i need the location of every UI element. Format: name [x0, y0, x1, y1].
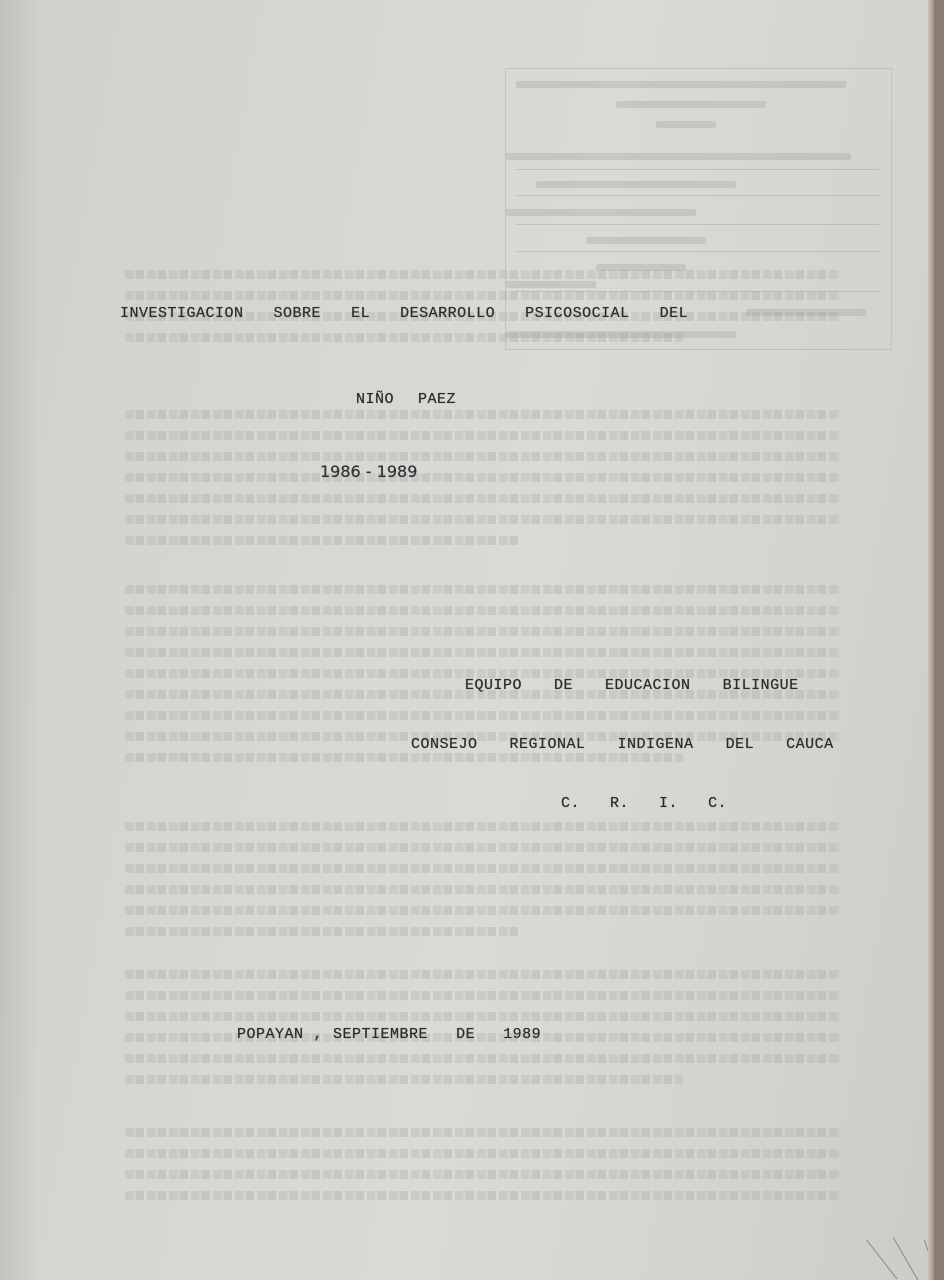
acronym-letter: C.: [708, 795, 727, 812]
title-word: DESARROLLO: [400, 305, 495, 322]
title-word: PSICOSOCIAL: [525, 305, 630, 322]
title-word: SOBRE: [274, 305, 322, 322]
period: 1986 - 1989: [320, 462, 417, 481]
title-line-2: NIÑOPAEZ: [318, 374, 456, 425]
council-word: INDIGENA: [618, 736, 694, 753]
place: POPAYAN: [237, 1026, 304, 1043]
bleed-through-paragraph: [125, 410, 840, 557]
page-shadow: [0, 0, 40, 1280]
page-edge: [928, 0, 936, 1280]
year: 1989: [503, 1026, 541, 1043]
acronym-letter: C.: [561, 795, 580, 812]
council-word: CAUCA: [786, 736, 834, 753]
acronym-letter: I.: [659, 795, 678, 812]
place-date: POPAYAN,SEPTIEMBREDE1989: [199, 1009, 541, 1060]
council-word: REGIONAL: [510, 736, 586, 753]
team-word: BILINGUE: [723, 677, 799, 694]
team-word: DE: [554, 677, 573, 694]
comma: ,: [314, 1026, 324, 1043]
council-word: DEL: [726, 736, 755, 753]
title-word: DEL: [660, 305, 689, 322]
bleed-through-paragraph: [125, 822, 840, 948]
team-word: EQUIPO: [465, 677, 522, 694]
paper-scratch: [893, 1238, 919, 1280]
council-line: CONSEJOREGIONALINDIGENADELCAUCA: [373, 719, 834, 770]
council-word: CONSEJO: [411, 736, 478, 753]
title-line-1: INVESTIGACIONSOBREELDESARROLLOPSICOSOCIA…: [82, 288, 688, 339]
paper-scratch: [866, 1239, 898, 1279]
month: SEPTIEMBRE: [333, 1026, 428, 1043]
title-word: INVESTIGACION: [120, 305, 244, 322]
team-line: EQUIPODEEDUCACIONBILINGUE: [427, 660, 799, 711]
title-word: PAEZ: [418, 391, 456, 408]
team-word: EDUCACION: [605, 677, 691, 694]
title-word: EL: [351, 305, 370, 322]
acronym: C.R.I.C.: [523, 778, 727, 829]
document-page: INVESTIGACIONSOBREELDESARROLLOPSICOSOCIA…: [0, 0, 936, 1280]
title-word: NIÑO: [356, 391, 394, 408]
bleed-through-paragraph: [125, 1128, 840, 1212]
acronym-letter: R.: [610, 795, 629, 812]
date-word: DE: [456, 1026, 475, 1043]
